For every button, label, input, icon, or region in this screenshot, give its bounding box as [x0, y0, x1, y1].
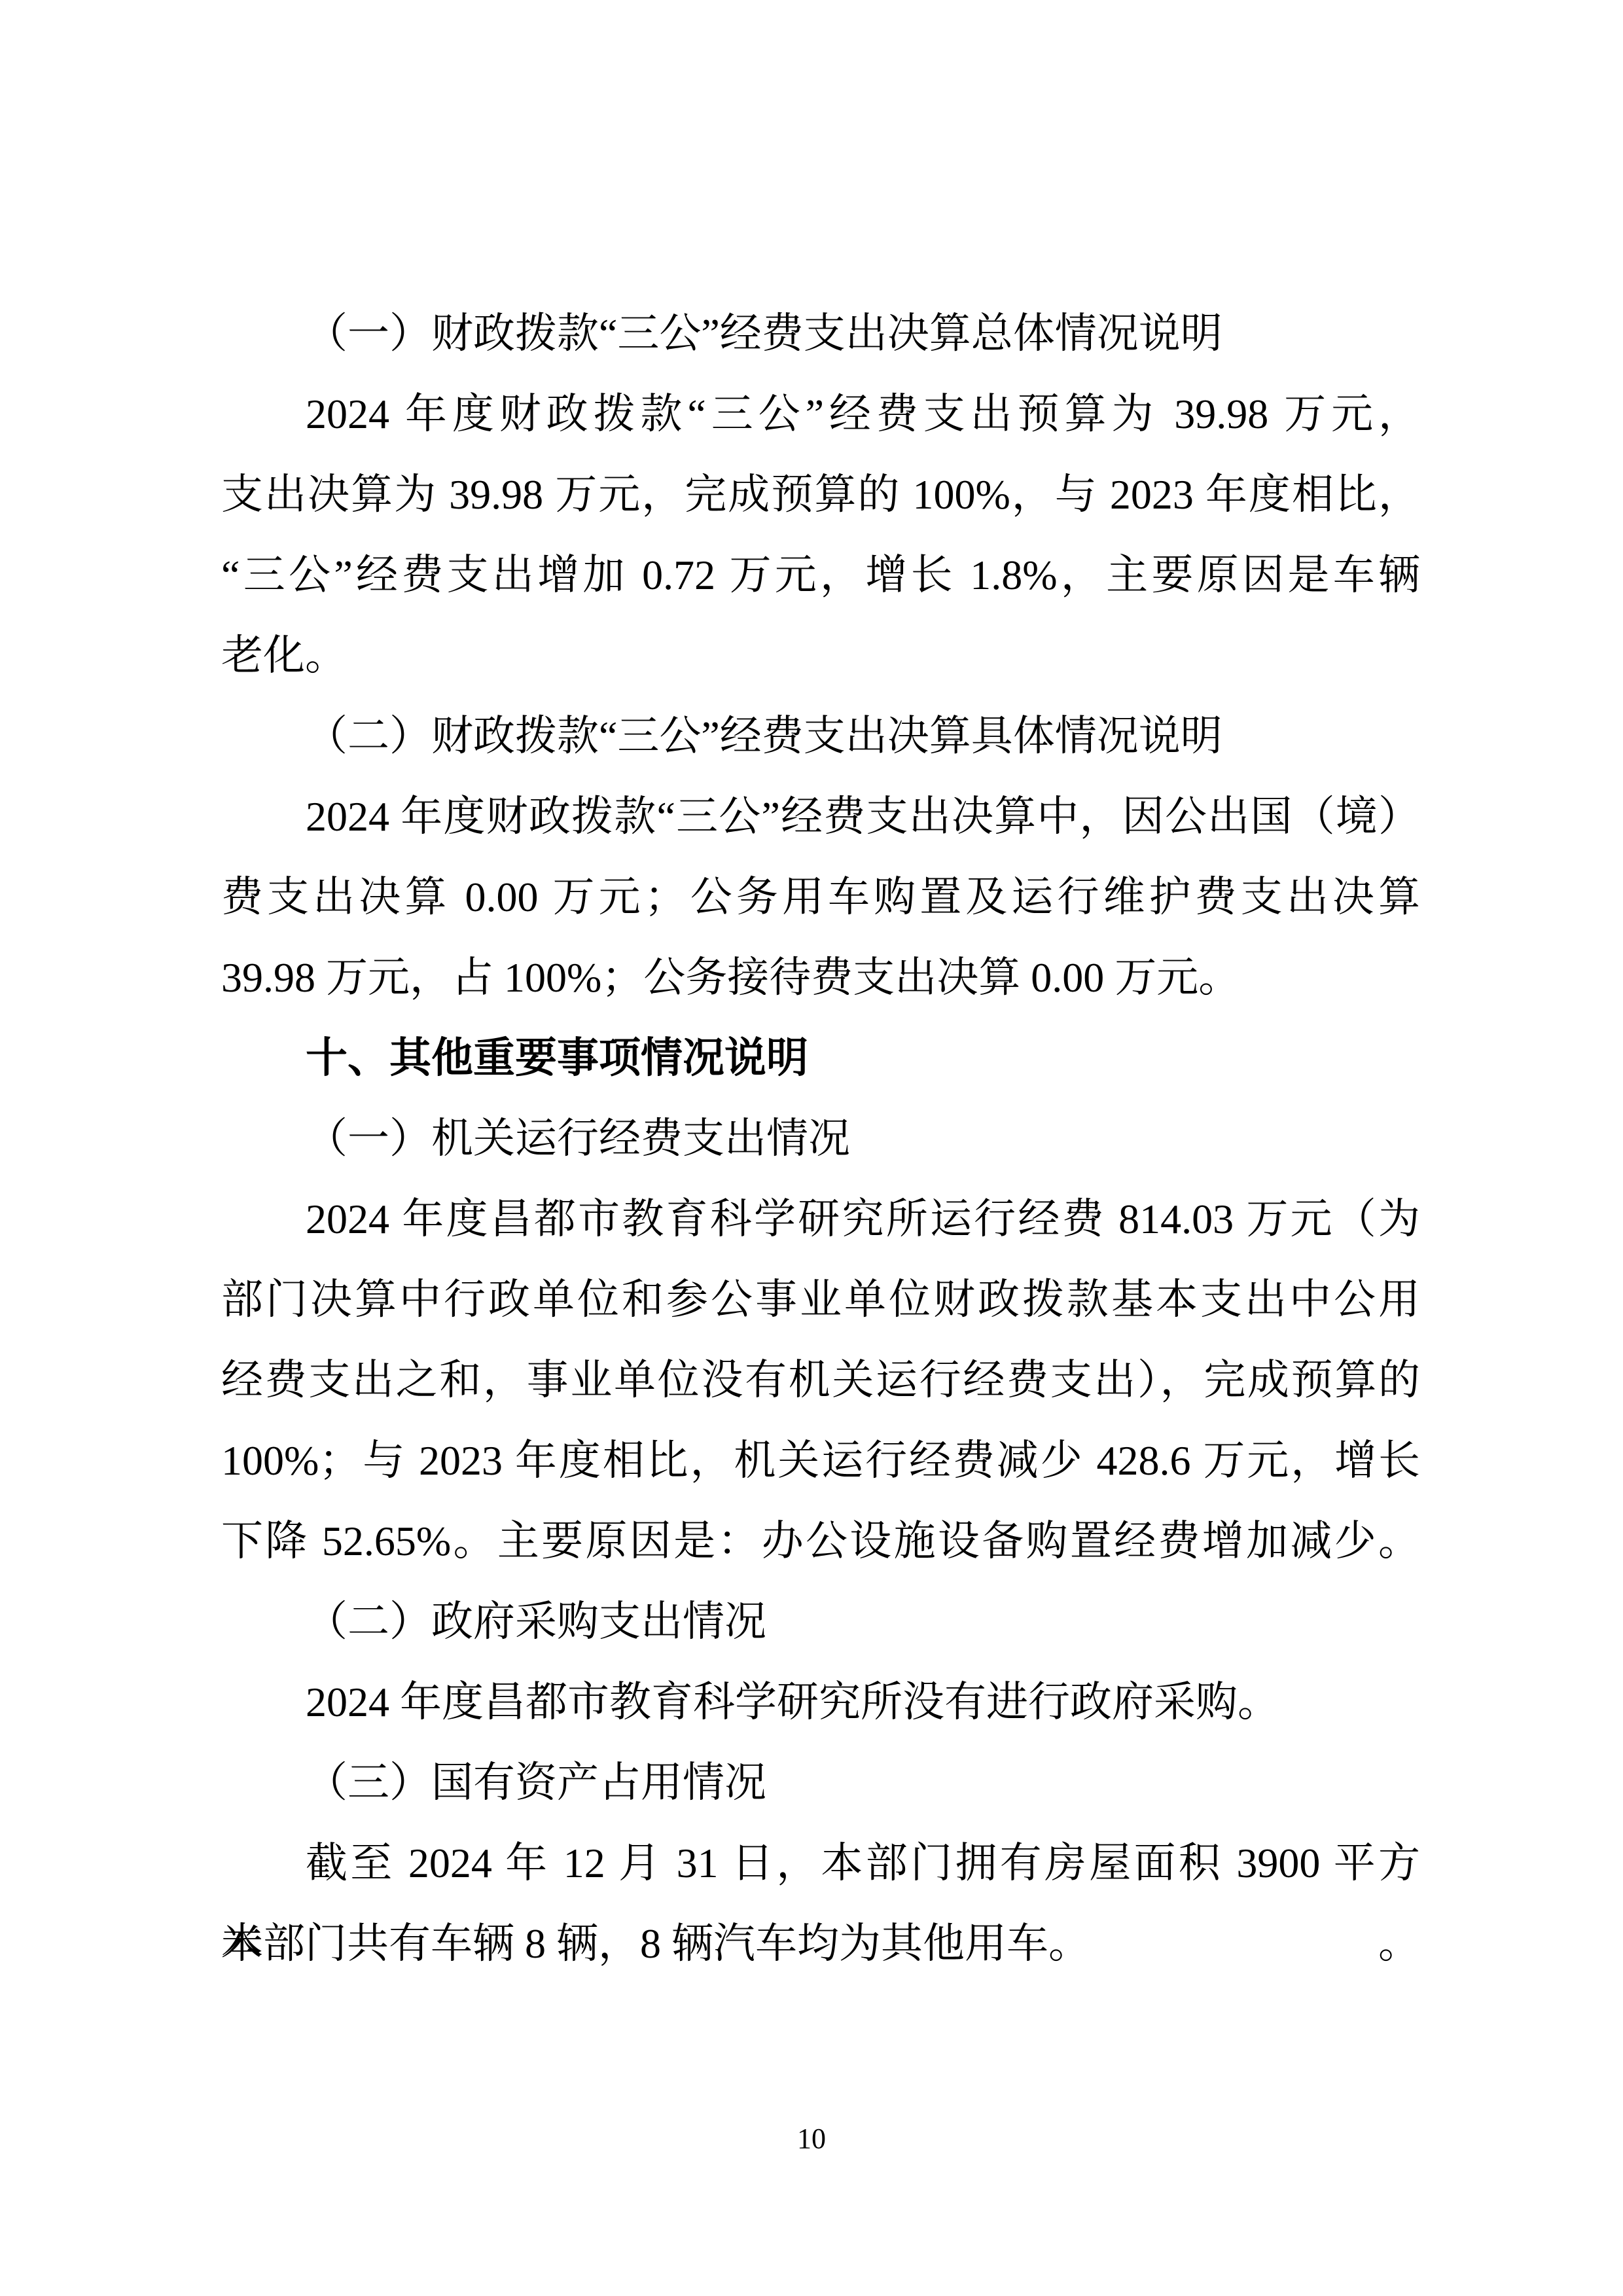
body-text-line: 2024 年度财政拨款“三公”经费支出预算为 39.98 万元， [221, 374, 1420, 454]
page-number: 10 [0, 2123, 1623, 2155]
subsection-heading: （一）财政拨款“三公”经费支出决算总体情况说明 [221, 293, 1420, 374]
body-text-line: 2024 年度昌都市教育科学研究所没有进行政府采购。 [221, 1662, 1420, 1742]
body-text-line: 经费支出之和，事业单位没有机关运行经费支出），完成预算的 [221, 1340, 1420, 1420]
subsection-heading: （一）机关运行经费支出情况 [221, 1098, 1420, 1179]
body-text-line: 2024 年度昌都市教育科学研究所运行经费 814.03 万元（为 [221, 1179, 1420, 1259]
body-text-line: 100%；与 2023 年度相比，机关运行经费减少 428.6 万元，增长 [221, 1420, 1420, 1501]
subsection-heading: （二）政府采购支出情况 [221, 1581, 1420, 1662]
body-text-line: 费支出决算 0.00 万元；公务用车购置及运行维护费支出决算 [221, 857, 1420, 937]
section-heading: 十、其他重要事项情况说明 [221, 1018, 1420, 1098]
body-text-line: 截至 2024 年 12 月 31 日，本部门拥有房屋面积 3900 平方米。 [221, 1823, 1420, 1903]
subsection-heading: （二）财政拨款“三公”经费支出决算具体情况说明 [221, 696, 1420, 776]
body-text-line: 39.98 万元，占 100%；公务接待费支出决算 0.00 万元。 [221, 937, 1420, 1018]
body-text-line: 老化。 [221, 615, 1420, 696]
body-text-line: 支出决算为 39.98 万元，完成预算的 100%，与 2023 年度相比， [221, 454, 1420, 535]
document-page: （一）财政拨款“三公”经费支出决算总体情况说明2024 年度财政拨款“三公”经费… [0, 0, 1623, 2296]
document-body: （一）财政拨款“三公”经费支出决算总体情况说明2024 年度财政拨款“三公”经费… [221, 293, 1420, 1984]
body-text-line: 下降 52.65%。主要原因是：办公设施设备购置经费增加减少。 [221, 1501, 1420, 1581]
body-text-line: 部门决算中行政单位和参公事业单位财政拨款基本支出中公用 [221, 1259, 1420, 1340]
body-text-line: “三公”经费支出增加 0.72 万元，增长 1.8%，主要原因是车辆 [221, 535, 1420, 615]
body-text-line: 2024 年度财政拨款“三公”经费支出决算中，因公出国（境） [221, 776, 1420, 857]
subsection-heading: （三）国有资产占用情况 [221, 1742, 1420, 1823]
